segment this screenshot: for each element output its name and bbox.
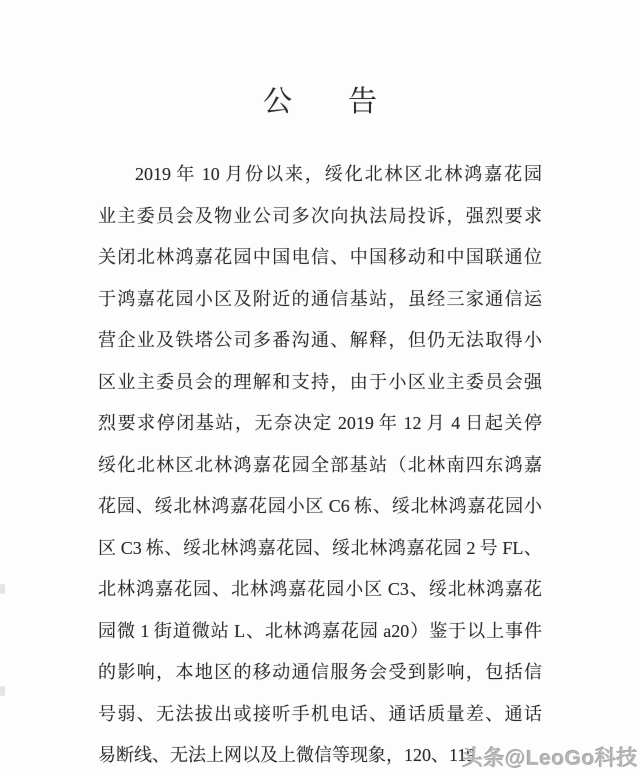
page-title: 公 告	[0, 86, 640, 118]
scan-artifact-speck	[0, 584, 5, 594]
notice-line: 号弱、无法拔出或接听手机电话、通话质量差、通话	[98, 694, 542, 736]
notice-line: 业主委员会及物业公司多次向执法局投诉，强烈要求	[98, 196, 542, 238]
notice-line: 的影响，本地区的移动通信服务会受到影响，包括信	[98, 652, 542, 694]
notice-line: 园微 1 街道微站 L、北林鸿嘉花园 a20）鉴于以上事件	[98, 611, 542, 653]
page-title-char: 告	[348, 86, 377, 118]
scan-artifact-speck	[0, 686, 5, 696]
notice-line: 北林鸿嘉花园、北林鸿嘉花园小区 C3、绥北林鸿嘉花	[98, 569, 542, 611]
notice-line: 关闭北林鸿嘉花园中国电信、中国移动和中国联通位	[98, 237, 542, 279]
notice-text-block: 2019 年 10 月份以来，绥化北林区北林鸿嘉花园 业主委员会及物业公司多次向…	[98, 154, 542, 776]
notice-line: 烈要求停闭基站，无奈决定 2019 年 12 月 4 日起关停	[98, 403, 542, 445]
watermark: 头条@LeoGo科技	[462, 742, 638, 772]
notice-line: 营企业及铁塔公司多番沟通、解释，但仍无法取得小	[98, 320, 542, 362]
scanned-notice-page: 公 告 2019 年 10 月份以来，绥化北林区北林鸿嘉花园 业主委员会及物业公…	[0, 0, 640, 776]
notice-line: 2019 年 10 月份以来，绥化北林区北林鸿嘉花园	[98, 154, 542, 196]
notice-line: 于鸿嘉花园小区及附近的通信基站，虽经三家通信运	[98, 279, 542, 321]
page-title-char: 公	[263, 86, 292, 118]
notice-line: 区 C3 栋、绥北林鸿嘉花园、绥北林鸿嘉花园 2 号 FL、	[98, 528, 542, 570]
notice-line: 绥化北林区北林鸿嘉花园全部基站（北林南四东鸿嘉	[98, 445, 542, 487]
notice-line: 花园、绥北林鸿嘉花园小区 C6 栋、绥北林鸿嘉花园小	[98, 486, 542, 528]
notice-line: 区业主委员会的理解和支持，由于小区业主委员会强	[98, 362, 542, 404]
